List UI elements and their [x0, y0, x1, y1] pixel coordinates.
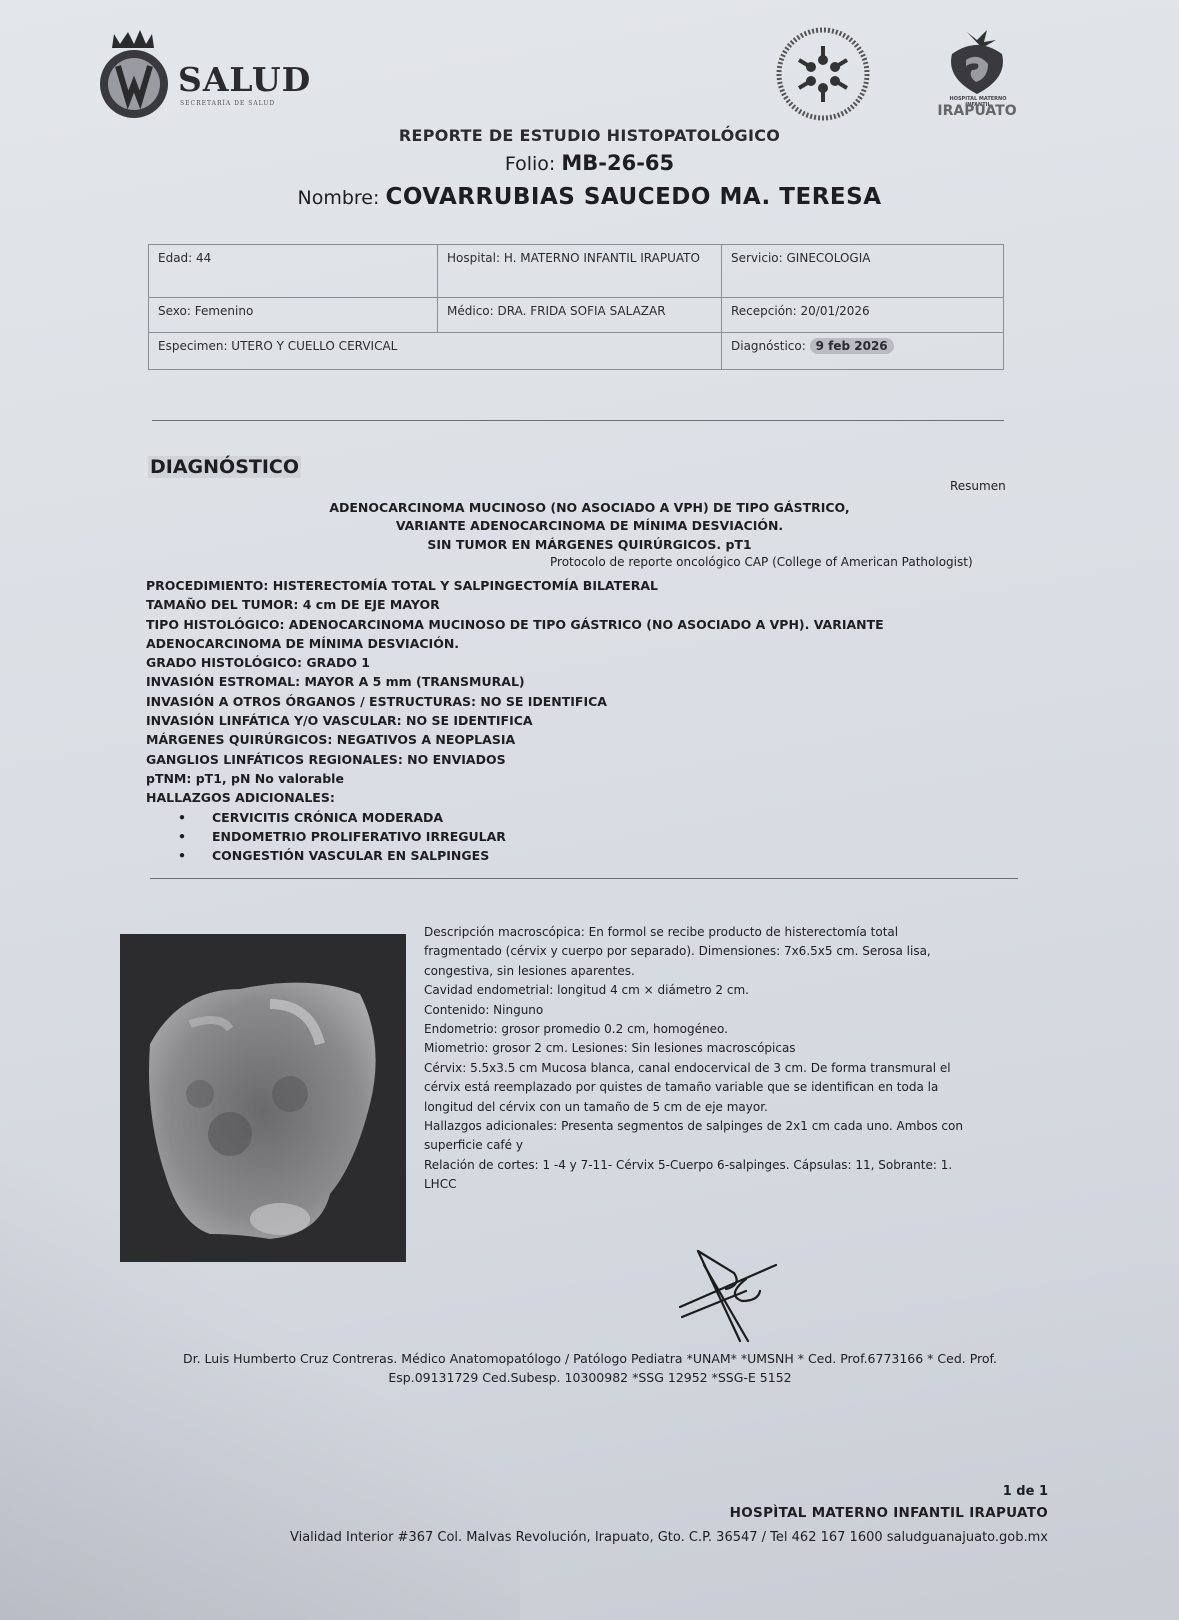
patient-name-line: Nombre: COVARRUBIAS SAUCEDO MA. TERESA [0, 184, 1179, 210]
credentials-line: Dr. Luis Humberto Cruz Contreras. Médico… [130, 1349, 1050, 1368]
finding-item: INVASIÓN ESTROMAL: MAYOR A 5 mm (TRANSMU… [146, 672, 884, 691]
protocol-note: Protocolo de reporte oncológico CAP (Col… [550, 555, 973, 569]
macro-line: Cérvix: 5.5x3.5 cm Mucosa blanca, canal … [424, 1059, 1024, 1078]
additional-finding: CERVICITIS CRÓNICA MODERADA [212, 808, 884, 827]
additional-finding: CONGESTIÓN VASCULAR EN SALPINGES [212, 846, 884, 865]
macro-line: longitud del cérvix con un tamaño de 5 c… [424, 1098, 1024, 1117]
reception-date-cell: Recepción: 20/01/2026 [722, 298, 1004, 333]
diagnosis-line: SIN TUMOR EN MÁRGENES QUIRÚRGICOS. pT1 [0, 537, 1179, 552]
macro-line: LHCC [424, 1175, 1024, 1194]
divider [152, 420, 1004, 421]
patient-name: COVARRUBIAS SAUCEDO MA. TERESA [385, 184, 881, 210]
strawberry-emblem-icon [932, 26, 1022, 96]
salud-subtitle: SECRETARÍA DE SALUD [180, 100, 275, 107]
macro-line: Descripción macroscópica: En formol se r… [424, 923, 1024, 942]
patient-info-table: Edad: 44 Hospital: H. MATERNO INFANTIL I… [148, 244, 1004, 370]
footer-address: Vialidad Interior #367 Col. Malvas Revol… [240, 1530, 1048, 1545]
footer-hospital-name: HOSPÌTAL MATERNO INFANTIL IRAPUATO [700, 1505, 1048, 1521]
macro-line: Contenido: Ninguno [424, 1001, 1024, 1020]
macro-line: fragmentado (cérvix y cuerpo por separad… [424, 942, 1024, 961]
finding-item: GRADO HISTOLÓGICO: GRADO 1 [146, 653, 884, 672]
specimen-image-icon [120, 934, 406, 1262]
signature-icon [676, 1245, 786, 1345]
diagnosis-date-chip[interactable]: 9 feb 2026 [810, 338, 894, 354]
specimen-cell: Especimen: UTERO Y CUELLO CERVICAL [149, 333, 722, 370]
name-label: Nombre: [298, 187, 380, 209]
report-title: REPORTE DE ESTUDIO HISTOPATOLÓGICO [0, 126, 1179, 145]
findings-list: PROCEDIMIENTO: HISTERECTOMÍA TOTAL Y SAL… [146, 576, 884, 865]
age-cell: Edad: 44 [149, 245, 438, 298]
macro-line: congestiva, sin lesiones aparentes. [424, 962, 1024, 981]
hospital-logo: HOSPITAL MATERNO INFANTIL IRAPUATO [932, 26, 1022, 122]
folio-label: Folio: [505, 153, 555, 175]
diagnosis-date-label: Diagnóstico: [731, 339, 806, 353]
diagnosis-line: VARIANTE ADENOCARCINOMA DE MÍNIMA DESVIA… [0, 518, 1179, 533]
finding-item: MÁRGENES QUIRÚRGICOS: NEGATIVOS A NEOPLA… [146, 730, 884, 749]
diagnosis-line: ADENOCARCINOMA MUCINOSO (NO ASOCIADO A V… [0, 500, 1179, 515]
finding-item: ADENOCARCINOMA DE MÍNIMA DESVIACIÓN. [146, 634, 884, 653]
additional-finding: ENDOMETRIO PROLIFERATIVO IRREGULAR [212, 827, 884, 846]
summary-label: Resumen [950, 479, 1006, 493]
finding-item: TIPO HISTOLÓGICO: ADENOCARCINOMA MUCINOS… [146, 615, 884, 634]
macro-line: Relación de cortes: 1 -4 y 7-11- Cérvix … [424, 1156, 1024, 1175]
page-number: 1 de 1 [960, 1484, 1048, 1499]
physician-cell: Médico: DRA. FRIDA SOFIA SALAZAR [438, 298, 722, 333]
service-cell: Servicio: GINECOLOGIA [722, 245, 1004, 298]
folio-value: MB-26-65 [561, 151, 674, 175]
finding-item: HALLAZGOS ADICIONALES: [146, 788, 884, 807]
finding-item: INVASIÓN A OTROS ÓRGANOS / ESTRUCTURAS: … [146, 692, 884, 711]
signature [676, 1245, 786, 1345]
macro-line: Hallazgos adicionales: Presenta segmento… [424, 1117, 1024, 1136]
macro-line: superficie café y [424, 1136, 1024, 1155]
finding-item: pTNM: pT1, pN No valorable [146, 769, 884, 788]
additional-findings-list: CERVICITIS CRÓNICA MODERADA ENDOMETRIO P… [146, 808, 884, 866]
pathologist-credentials: Dr. Luis Humberto Cruz Contreras. Médico… [130, 1349, 1050, 1387]
salud-logo: SALUD SECRETARÍA DE SALUD [92, 26, 322, 122]
folio-line: Folio: MB-26-65 [0, 151, 1179, 175]
ring-emblem-icon [775, 26, 871, 122]
macro-line: cérvix está reemplazado por quistes de t… [424, 1078, 1024, 1097]
igualdad-laboral-logo [775, 26, 871, 122]
macro-line: Endometrio: grosor promedio 0.2 cm, homo… [424, 1020, 1024, 1039]
specimen-photo [120, 934, 406, 1262]
diagnosis-heading: DIAGNÓSTICO [148, 456, 301, 478]
salud-wordmark: SALUD [178, 60, 311, 99]
finding-item: TAMAÑO DEL TUMOR: 4 cm DE EJE MAYOR [146, 595, 884, 614]
macro-line: Miometrio: grosor 2 cm. Lesiones: Sin le… [424, 1039, 1024, 1058]
hospital-cell: Hospital: H. MATERNO INFANTIL IRAPUATO [438, 245, 722, 298]
finding-item: INVASIÓN LINFÁTICA Y/O VASCULAR: NO SE I… [146, 711, 884, 730]
diagnosis-date-cell: Diagnóstico: 9 feb 2026 [722, 333, 1004, 370]
hospital-logo-name: IRAPUATO [932, 103, 1022, 119]
finding-item: GANGLIOS LINFÁTICOS REGIONALES: NO ENVIA… [146, 750, 884, 769]
macroscopic-description: Descripción macroscópica: En formol se r… [424, 923, 1024, 1195]
sex-cell: Sexo: Femenino [149, 298, 438, 333]
credentials-line: Esp.09131729 Ced.Subesp. 10300982 *SSG 1… [130, 1368, 1050, 1387]
divider [150, 878, 1018, 879]
finding-item: PROCEDIMIENTO: HISTERECTOMÍA TOTAL Y SAL… [146, 576, 884, 595]
salud-emblem-icon [92, 26, 176, 122]
macro-line: Cavidad endometrial: longitud 4 cm × diá… [424, 981, 1024, 1000]
